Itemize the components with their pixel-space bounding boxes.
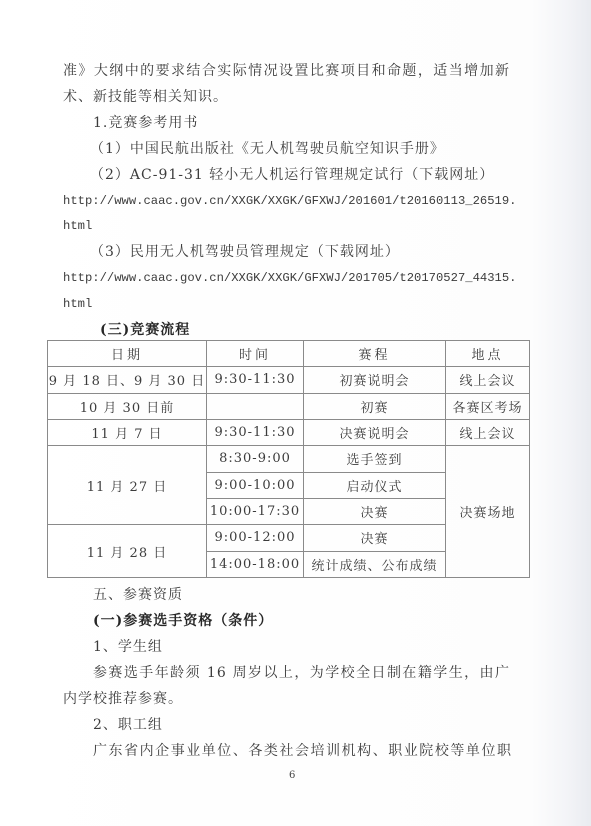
reference-books-heading: 1.竞赛参考用书 — [93, 113, 198, 133]
header-time: 时间 — [207, 341, 304, 367]
cell-location: 线上会议 — [446, 367, 530, 393]
section-heading-qualifications: 五、参赛资质 — [93, 585, 183, 605]
cell-event: 选手签到 — [304, 446, 446, 472]
section-heading-competition-process: (三)竞赛流程 — [100, 320, 190, 340]
cell-time: 9:30-11:30 — [207, 367, 304, 393]
header-location: 地点 — [446, 341, 530, 367]
reference-url-2[interactable]: http://www.caac.gov.cn/XXGK/XXGK/GFXWJ/2… — [63, 268, 516, 288]
cell-date: 10 月 30 日前 — [48, 393, 207, 419]
table-row: 9 月 18 日、9 月 30 日 9:30-11:30 初赛说明会 线上会议 — [48, 367, 530, 393]
header-event: 赛程 — [304, 341, 446, 367]
header-date: 日期 — [48, 341, 207, 367]
cell-date: 11 月 28 日 — [48, 525, 207, 578]
table-header-row: 日期 时间 赛程 地点 — [48, 341, 530, 367]
student-group-heading: 1、学生组 — [93, 637, 163, 657]
page-number: 6 — [289, 770, 295, 781]
cell-event: 统计成绩、公布成绩 — [304, 551, 446, 577]
cell-location: 决赛场地 — [446, 446, 530, 578]
staff-group-heading: 2、职工组 — [93, 715, 163, 735]
cell-date: 9 月 18 日、9 月 30 日 — [48, 367, 207, 393]
cell-time: 9:00-10:00 — [207, 472, 304, 498]
reference-item-3: （3）民用无人机驾驶员管理规定（下载网址） — [90, 242, 400, 262]
reference-url-2-continued[interactable]: html — [63, 294, 92, 314]
cell-time: 14:00-18:00 — [207, 551, 304, 577]
cell-event: 决赛 — [304, 525, 446, 551]
cell-location: 线上会议 — [446, 419, 530, 445]
paragraph-line: 准》大纲中的要求结合实际情况设置比赛项目和命题，适当增加新技 — [63, 61, 510, 81]
reference-item-1: （1）中国民航出版社《无人机驾驶员航空知识手册》 — [90, 139, 445, 159]
cell-event: 初赛说明会 — [304, 367, 446, 393]
table-row: 11 月 7 日 9:30-11:30 决赛说明会 线上会议 — [48, 419, 530, 445]
cell-date: 11 月 27 日 — [48, 446, 207, 525]
competition-schedule-table: 日期 时间 赛程 地点 9 月 18 日、9 月 30 日 9:30-11:30… — [47, 340, 530, 578]
table-row: 10 月 30 日前 初赛 各赛区考场 — [48, 393, 530, 419]
cell-time: 9:00-12:00 — [207, 525, 304, 551]
cell-event: 初赛 — [304, 393, 446, 419]
cell-time — [207, 393, 304, 419]
subsection-heading-contestant-eligibility: (一)参赛选手资格（条件） — [93, 611, 273, 631]
cell-event: 决赛说明会 — [304, 419, 446, 445]
reference-url-1-continued[interactable]: html — [63, 216, 92, 236]
paragraph-line: 参赛选手年龄须 16 周岁以上，为学校全日制在籍学生，由广东省 — [93, 663, 510, 683]
cell-time: 9:30-11:30 — [207, 419, 304, 445]
cell-event: 启动仪式 — [304, 472, 446, 498]
cell-location: 各赛区考场 — [446, 393, 530, 419]
cell-date: 11 月 7 日 — [48, 419, 207, 445]
cell-time: 10:00-17:30 — [207, 498, 304, 524]
paragraph-line: 内学校推荐参赛。 — [63, 689, 183, 709]
reference-item-2: （2）AC-91-31 轻小无人机运行管理规定试行（下载网址） — [90, 165, 494, 185]
table-row: 11 月 27 日 8:30-9:00 选手签到 决赛场地 — [48, 446, 530, 472]
paragraph-line: 广东省内企事业单位、各类社会培训机构、职业院校等单位职工， — [93, 741, 512, 761]
paragraph-line: 术、新技能等相关知识。 — [63, 87, 228, 107]
cell-time: 8:30-9:00 — [207, 446, 304, 472]
reference-url-1[interactable]: http://www.caac.gov.cn/XXGK/XXGK/GFXWJ/2… — [63, 191, 516, 211]
cell-event: 决赛 — [304, 498, 446, 524]
